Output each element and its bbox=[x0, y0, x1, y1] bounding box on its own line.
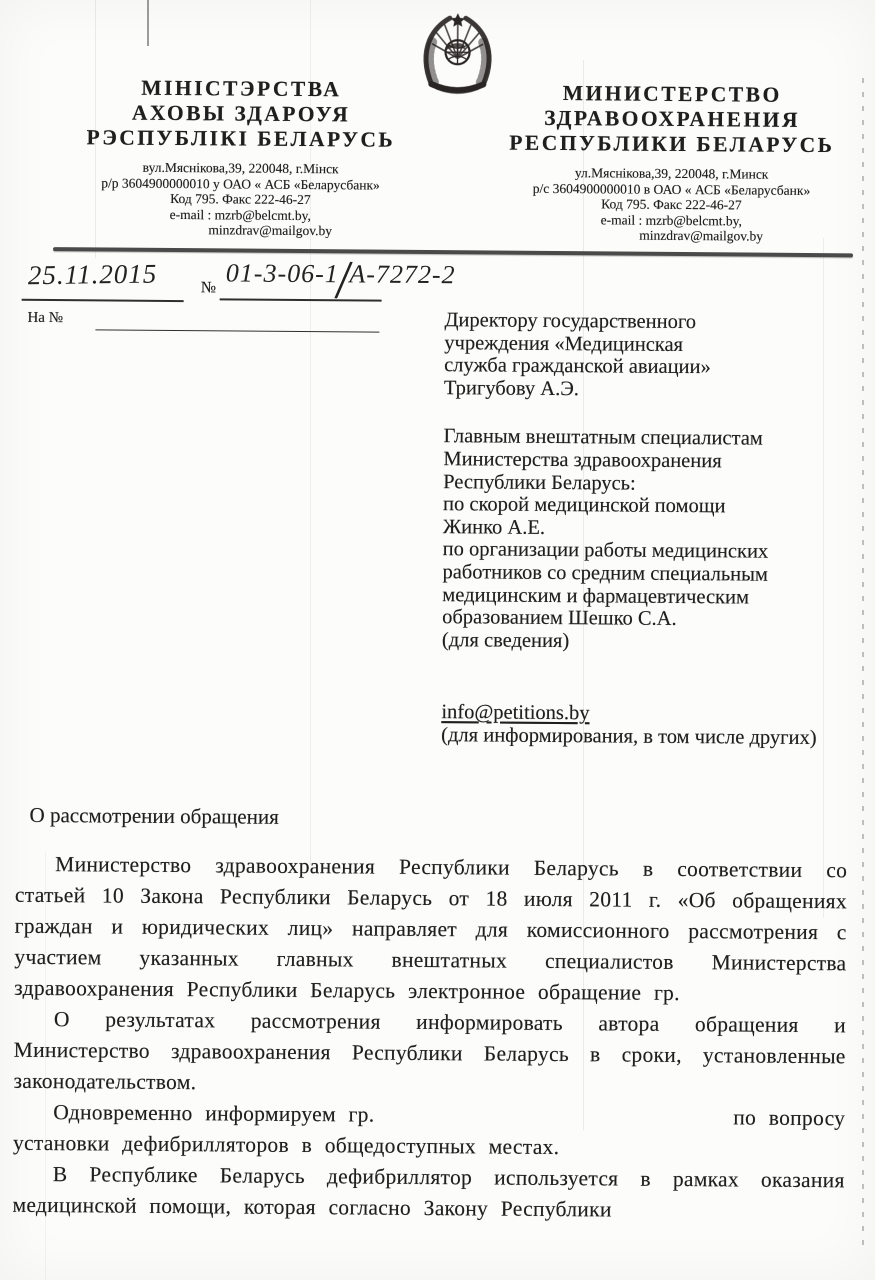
p3-before-redacted-gap: Одновременно информируем гр. bbox=[53, 1097, 374, 1131]
address-line: р/р 3604900000010 у ОАО « АСБ «Беларусба… bbox=[50, 175, 430, 193]
addressee-line: образованием Шешко С.А. bbox=[442, 606, 866, 632]
reply-to-number-label: На № bbox=[27, 310, 63, 327]
addressee-line: Директору государственного bbox=[444, 309, 868, 335]
addressee-line: Министерства здравоохранения bbox=[443, 448, 867, 474]
addressee-line: учреждения «Медицинская bbox=[444, 332, 868, 358]
letter-body: Министерство здравоохранения Республики … bbox=[12, 849, 847, 1228]
addressee-line: Тригубову А.Э. bbox=[444, 377, 868, 403]
address-line: minzdrav@mailgov.by bbox=[80, 221, 460, 239]
addressee-line: Главным внештатным специалистам bbox=[443, 425, 867, 451]
addressee-line: по скорой медицинской помощи bbox=[443, 493, 867, 519]
addressee-line: медицинским и фармацевтическим bbox=[442, 584, 866, 610]
letterhead-belarusian: МІНІСТЭРСТВААХОВЫ ЗДАРОУЯРЭСПУБЛІКІ БЕЛА… bbox=[50, 75, 431, 239]
ministry-title-line: МИНИСТЕРСТВО bbox=[477, 80, 867, 108]
addressee-line: работников со средним специальным bbox=[442, 561, 866, 587]
ministry-title-be: МІНІСТЭРСТВААХОВЫ ЗДАРОУЯРЭСПУБЛІКІ БЕЛА… bbox=[51, 75, 432, 153]
addressee-line: Республики Беларусь: bbox=[443, 471, 867, 497]
addressee-block: Директору государственногоучреждения «Ме… bbox=[441, 309, 868, 750]
letterhead-russian: МИНИСТЕРСТВОЗДРАВООХРАНЕНИЯРЕСПУБЛИКИ БЕ… bbox=[476, 80, 867, 245]
body-paragraph-1: Министерство здравоохранения Республики … bbox=[14, 849, 847, 1011]
addressee-line: (для сведения) bbox=[442, 629, 866, 655]
body-paragraph-4: В Республике Беларусь дефибриллятор испо… bbox=[12, 1159, 844, 1228]
body-paragraph-3: Одновременно информируем гр.по вопросу у… bbox=[13, 1097, 845, 1166]
body-paragraph-2: О результатах рассмотрения информировать… bbox=[13, 1004, 846, 1104]
ministry-title-line: АХОВЫ ЗДАРОУЯ bbox=[51, 100, 431, 128]
ministry-address-ru: ул.Мяснікова,39, 220048, г.Минскр/с 3604… bbox=[476, 164, 867, 245]
number-sign-label: № bbox=[201, 279, 216, 297]
addressee-specialists: Главным внештатным специалистамМинистерс… bbox=[442, 425, 868, 654]
ministry-title-line: РЕСПУБЛИКИ БЕЛАРУСЬ bbox=[477, 130, 867, 158]
addressee-line: по организации работы медицинских bbox=[443, 538, 867, 564]
petitions-email: info@petitions.by bbox=[441, 701, 865, 727]
ministry-title-line: МІНІСТЭРСТВА bbox=[51, 75, 431, 103]
address-line: minzdrav@mailgov.by bbox=[506, 227, 875, 246]
ministry-title-ru: МИНИСТЕРСТВОЗДРАВООХРАНЕНИЯРЕСПУБЛИКИ БЕ… bbox=[477, 80, 868, 158]
addressee-line: Жинко А.Е. bbox=[443, 516, 867, 542]
ministry-address-be: вул.Мяснікова,39, 220048, г.Мінскр/р 360… bbox=[50, 159, 431, 239]
addressee-director: Директору государственногоучреждения «Ме… bbox=[444, 309, 869, 403]
addressee-line: служба гражданской авиации» bbox=[444, 354, 868, 380]
email-note: (для информирования, в том числе других) bbox=[441, 724, 861, 750]
scanned-letter-page: МІНІСТЭРСТВААХОВЫ ЗДАРОУЯРЭСПУБЛІКІ БЕЛА… bbox=[0, 0, 875, 1280]
subject-line: О рассмотрении обращения bbox=[29, 803, 278, 830]
address-line: р/с 3604900000010 в ОАО « АСБ «Беларусба… bbox=[476, 180, 866, 199]
ministry-title-line: РЭСПУБЛІКІ БЕЛАРУСЬ bbox=[51, 125, 431, 153]
letterhead-divider-line bbox=[53, 247, 853, 257]
ministry-title-line: ЗДРАВООХРАНЕНИЯ bbox=[477, 105, 867, 133]
p3-after-redacted-gap: по вопросу bbox=[733, 1102, 845, 1134]
reply-number-underline bbox=[95, 295, 379, 332]
